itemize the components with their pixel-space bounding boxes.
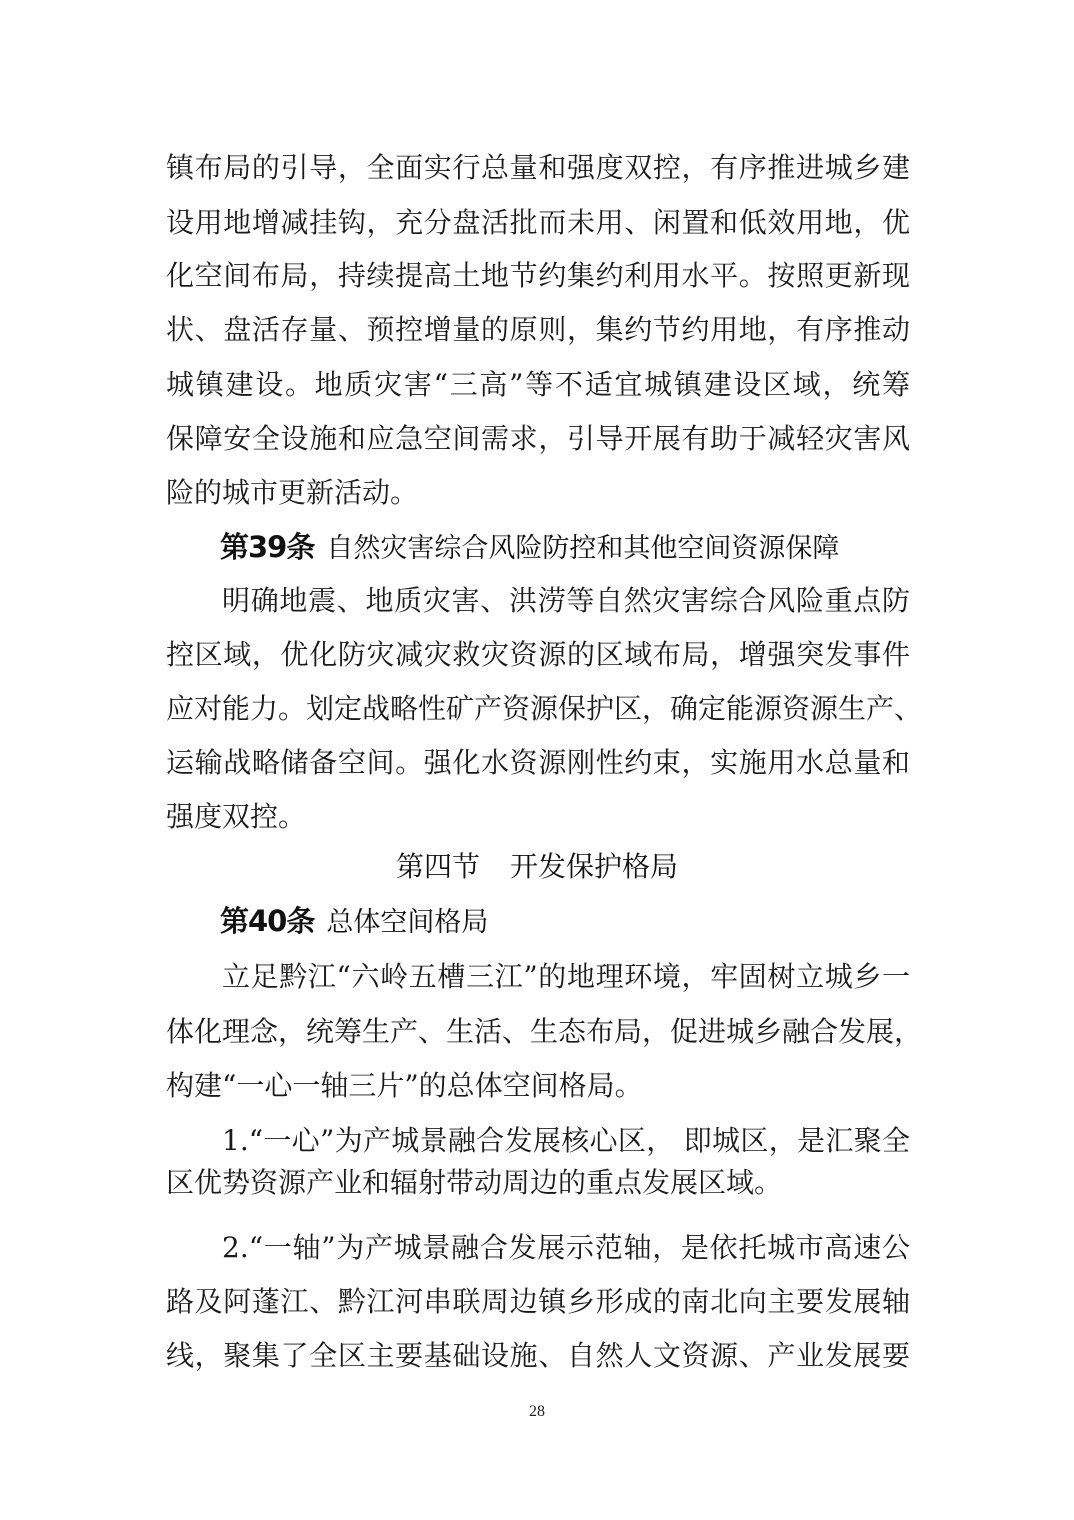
body-text-line: 险的城市更新活动。: [166, 473, 910, 513]
body-text-line: 化空间布局，持续提高土地节约集约利用水平。按照更新现: [166, 256, 910, 296]
section-number: 第四节: [396, 850, 480, 883]
body-text-line: 城镇建设。地质灾害“三高”等不适宜城镇建设区域，统筹: [166, 365, 910, 405]
body-text-line: 立足黔江“六岭五槽三江”的地理环境，牢固树立城乡一: [222, 957, 910, 997]
list-item-text-line: 1.“一心”为产城景融合发展核心区， 即城区，是汇聚全: [222, 1121, 910, 1161]
document-page: 镇布局的引导，全面实行总量和强度双控，有序推进城乡建 设用地增减挂钩，充分盘活批…: [0, 0, 1074, 1520]
body-text-line: 保障安全设施和应急空间需求，引导开展有助于减轻灾害风: [166, 419, 910, 459]
body-text-line: 明确地震、地质灾害、洪涝等自然灾害综合风险重点防: [222, 581, 910, 621]
body-text-line: 应对能力。划定战略性矿产资源保护区，确定能源资源生产、: [166, 689, 910, 729]
body-text-line: 构建“一心一轴三片”的总体空间格局。: [166, 1066, 910, 1106]
list-item-text-line: 路及阿蓬江、黔江河串联周边镇乡形成的南北向主要发展轴: [166, 1282, 910, 1322]
body-text-line: 设用地增减挂钩，充分盘活批而未用、闲置和低效用地，优: [166, 203, 910, 243]
article-number: 第39条: [220, 530, 314, 564]
body-text-line: 镇布局的引导，全面实行总量和强度双控，有序推进城乡建: [166, 148, 910, 188]
list-item-text-line: 区优势资源产业和辐射带动周边的重点发展区域。: [166, 1163, 910, 1203]
article-number: 第40条: [220, 904, 314, 938]
body-text-line: 体化理念，统筹生产、生活、生态布局，促进城乡融合发展，: [166, 1012, 910, 1052]
body-text-line: 状、盘活存量、预控增量的原则，集约节约用地，有序推动: [166, 310, 910, 350]
article-title: 自然灾害综合风险防控和其他空间资源保障: [326, 533, 839, 564]
list-item-text-line: 2.“一轴”为产城景融合发展示范轴，是依托城市高速公: [222, 1228, 910, 1268]
article-title: 总体空间格局: [326, 907, 488, 938]
list-item-text-line: 线，聚集了全区主要基础设施、自然人文资源、产业发展要: [166, 1336, 910, 1376]
body-text-line: 运输战略储备空间。强化水资源刚性约束，实施用水总量和: [166, 743, 910, 783]
body-text-line: 强度双控。: [166, 797, 910, 837]
section-title: 开发保护格局: [510, 850, 678, 883]
article-39-heading: 第39条自然灾害综合风险防控和其他空间资源保障: [220, 527, 839, 569]
section-heading: 第四节开发保护格局: [0, 847, 1074, 887]
page-number: 28: [0, 1403, 1074, 1421]
article-40-heading: 第40条总体空间格局: [220, 901, 488, 943]
body-text-line: 控区域，优化防灾减灾救灾资源的区域布局，增强突发事件: [166, 635, 910, 675]
